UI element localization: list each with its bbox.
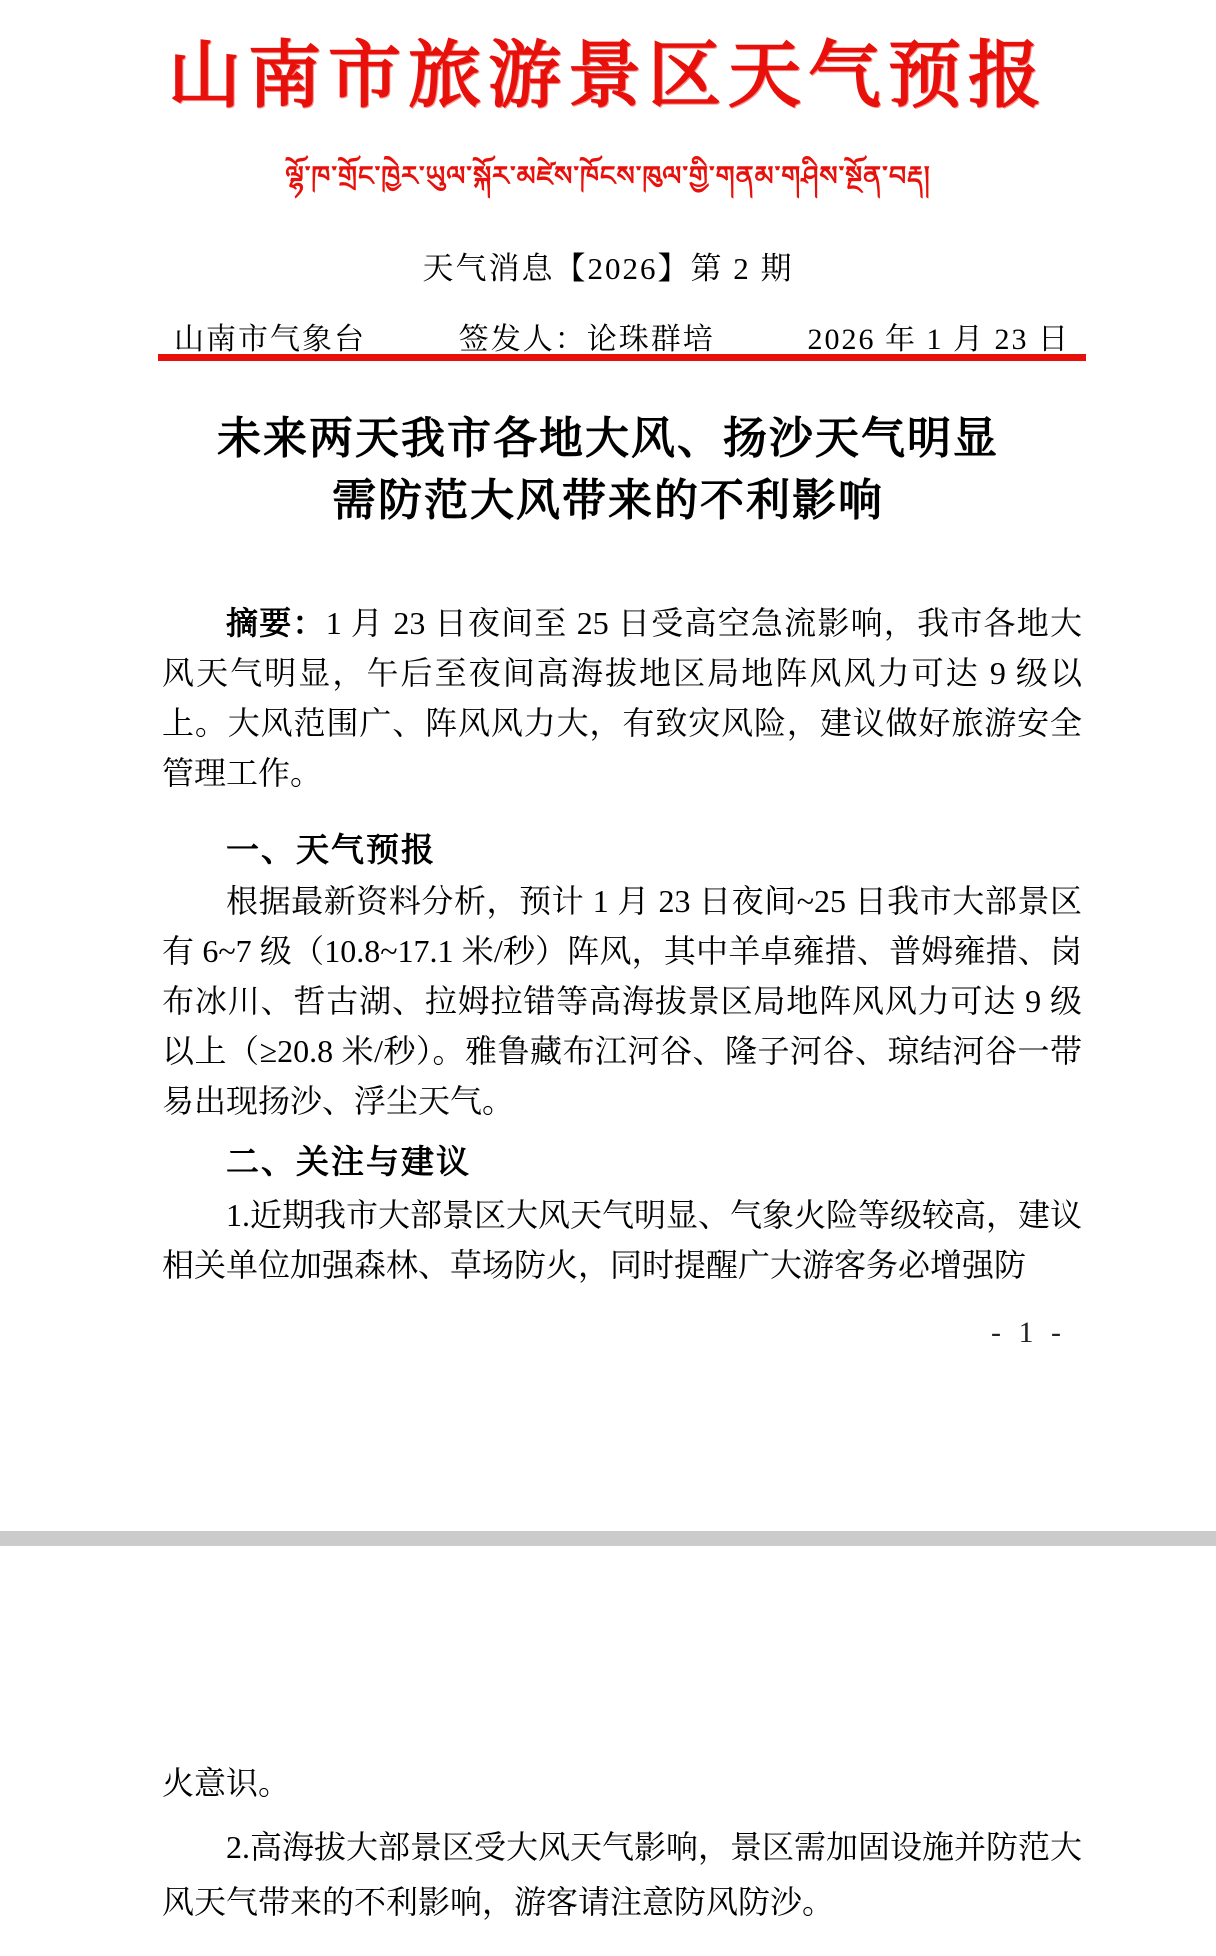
document-viewport: 山南市旅游景区天气预报 ལྷོ་ཁ་གྲོང་ཁྱེར་ཡུལ་སྐོར་མཛེ… [0, 0, 1216, 1956]
summary-label: 摘要： [226, 605, 326, 641]
headline-line-1: 未来两天我市各地大风、扬沙天气明显 [0, 408, 1216, 470]
issue-date: 2026 年 1 月 23 日 [808, 314, 1071, 358]
summary-paragraph: 摘要：1 月 23 日夜间至 25 日受高空急流影响，我市各地大风天气明显，午后… [162, 598, 1082, 798]
headline-line-2: 需防范大风带来的不利影响 [0, 470, 1216, 532]
signer-name: 签发人：论珠群培 [459, 314, 715, 358]
bulletin-headline: 未来两天我市各地大风、扬沙天气明显 需防范大风带来的不利影响 [0, 408, 1216, 532]
section-2-continuation-text: 火意识。 [162, 1758, 1082, 1808]
masthead-tibetan-subtitle: ལྷོ་ཁ་གྲོང་ཁྱེར་ཡུལ་སྐོར་མཛེས་ཁོངས་ཁུལ་ག… [0, 146, 1216, 222]
section-1-paragraph: 根据最新资料分析，预计 1 月 23 日夜间~25 日我市大部景区有 6~7 级… [162, 876, 1082, 1126]
section-2-paragraph-part: 1.近期我市大部景区大风天气明显、气象火险等级较高，建议相关单位加强森林、草场防… [162, 1190, 1082, 1290]
issue-number-line: 天气消息【2026】第 2 期 [0, 243, 1216, 288]
section-1-heading: 一、天气预报 [162, 824, 1082, 871]
section-2-paragraph-2: 2.高海拔大部景区受大风天气影响，景区需加固设施并防范大风天气带来的不利影响，游… [162, 1820, 1082, 1930]
issuing-agency: 山南市气象台 [174, 314, 366, 358]
section-2-heading: 二、关注与建议 [162, 1136, 1082, 1183]
page-separator [0, 1531, 1216, 1546]
meta-row: 山南市气象台 签发人：论珠群培 2026 年 1 月 23 日 [162, 314, 1082, 358]
red-divider-rule [158, 354, 1086, 361]
masthead-title: 山南市旅游景区天气预报 [0, 16, 1216, 121]
page-number: - 1 - [991, 1316, 1066, 1350]
